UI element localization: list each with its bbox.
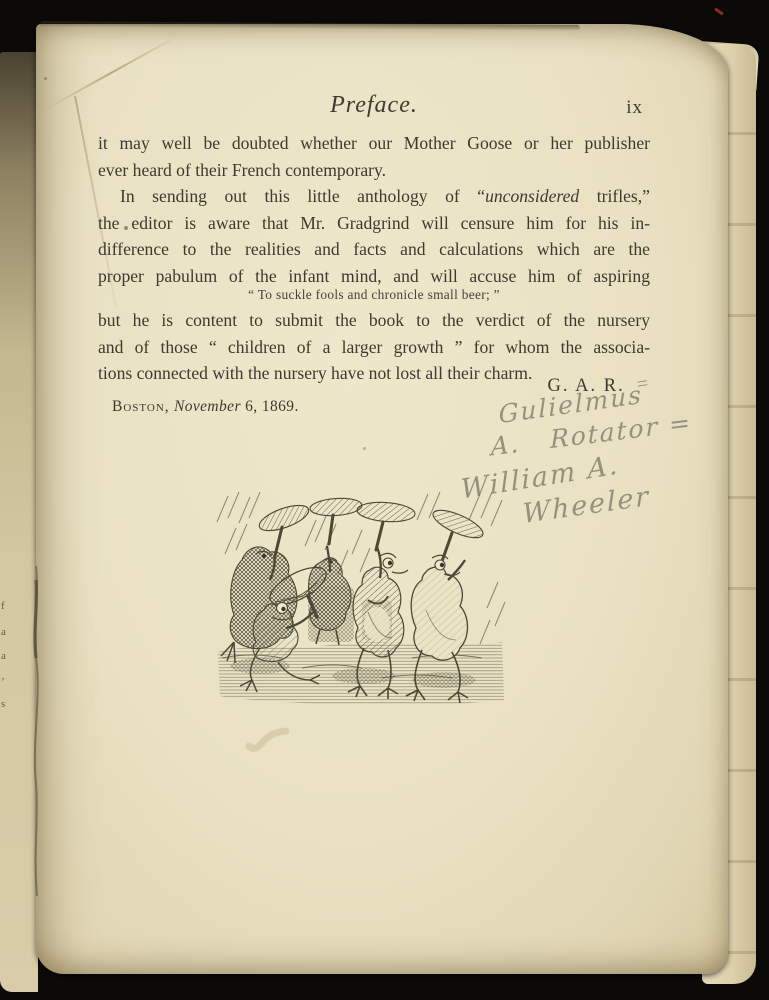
facing-page-text-fragment: a xyxy=(1,650,10,662)
text-line: but he is content to submit the book to … xyxy=(98,307,650,334)
paragraph: In sending out this little anthology of … xyxy=(98,183,650,289)
running-title: Preface. xyxy=(98,92,650,119)
spine-crack xyxy=(26,566,50,896)
pencil-smudge xyxy=(243,720,291,758)
paragraph: it may well be doubted whether our Mothe… xyxy=(98,130,650,183)
mushroom-umbrella xyxy=(356,501,415,550)
italic-word: unconsidered xyxy=(485,186,579,206)
facing-page-text-fragment: ’ xyxy=(1,676,10,688)
text-line: In sending out this little anthology of … xyxy=(98,183,650,210)
page-number: ix xyxy=(626,97,643,119)
dateline-place: Boston, xyxy=(112,398,170,415)
text-segment: trifles,” xyxy=(579,186,650,206)
facing-page-text-fragment: s xyxy=(1,698,10,710)
dust-speck xyxy=(363,447,366,450)
facing-page-text-fragment: f xyxy=(1,600,10,612)
text-line: it may well be doubted whether our Mothe… xyxy=(98,130,650,157)
dateline: Boston, November 6, 1869. xyxy=(112,394,299,421)
facing-page-text-fragment: a xyxy=(1,626,10,638)
dateline-date: 6, 1869. xyxy=(245,398,299,415)
dust-speck xyxy=(44,77,47,80)
verse-quote: “ To suckle fools and chronicle small be… xyxy=(98,282,650,309)
text-line: the editor is aware that Mr. Gradgrind w… xyxy=(98,210,650,237)
text-segment: In sending out this little anthology of … xyxy=(120,186,485,206)
text-line: ever heard of their French contemporary. xyxy=(98,157,650,184)
text-line: difference to the realities and facts an… xyxy=(98,236,650,263)
photographed-book-scene: f a a ’ s Preface. ix it may well be dou… xyxy=(0,0,769,1000)
dateline-month: November xyxy=(174,398,241,415)
red-thread-fragment xyxy=(714,7,724,15)
frogs-mushroom-umbrellas-illustration xyxy=(212,490,508,710)
text-line: and of those “ children of a larger grow… xyxy=(98,334,650,361)
